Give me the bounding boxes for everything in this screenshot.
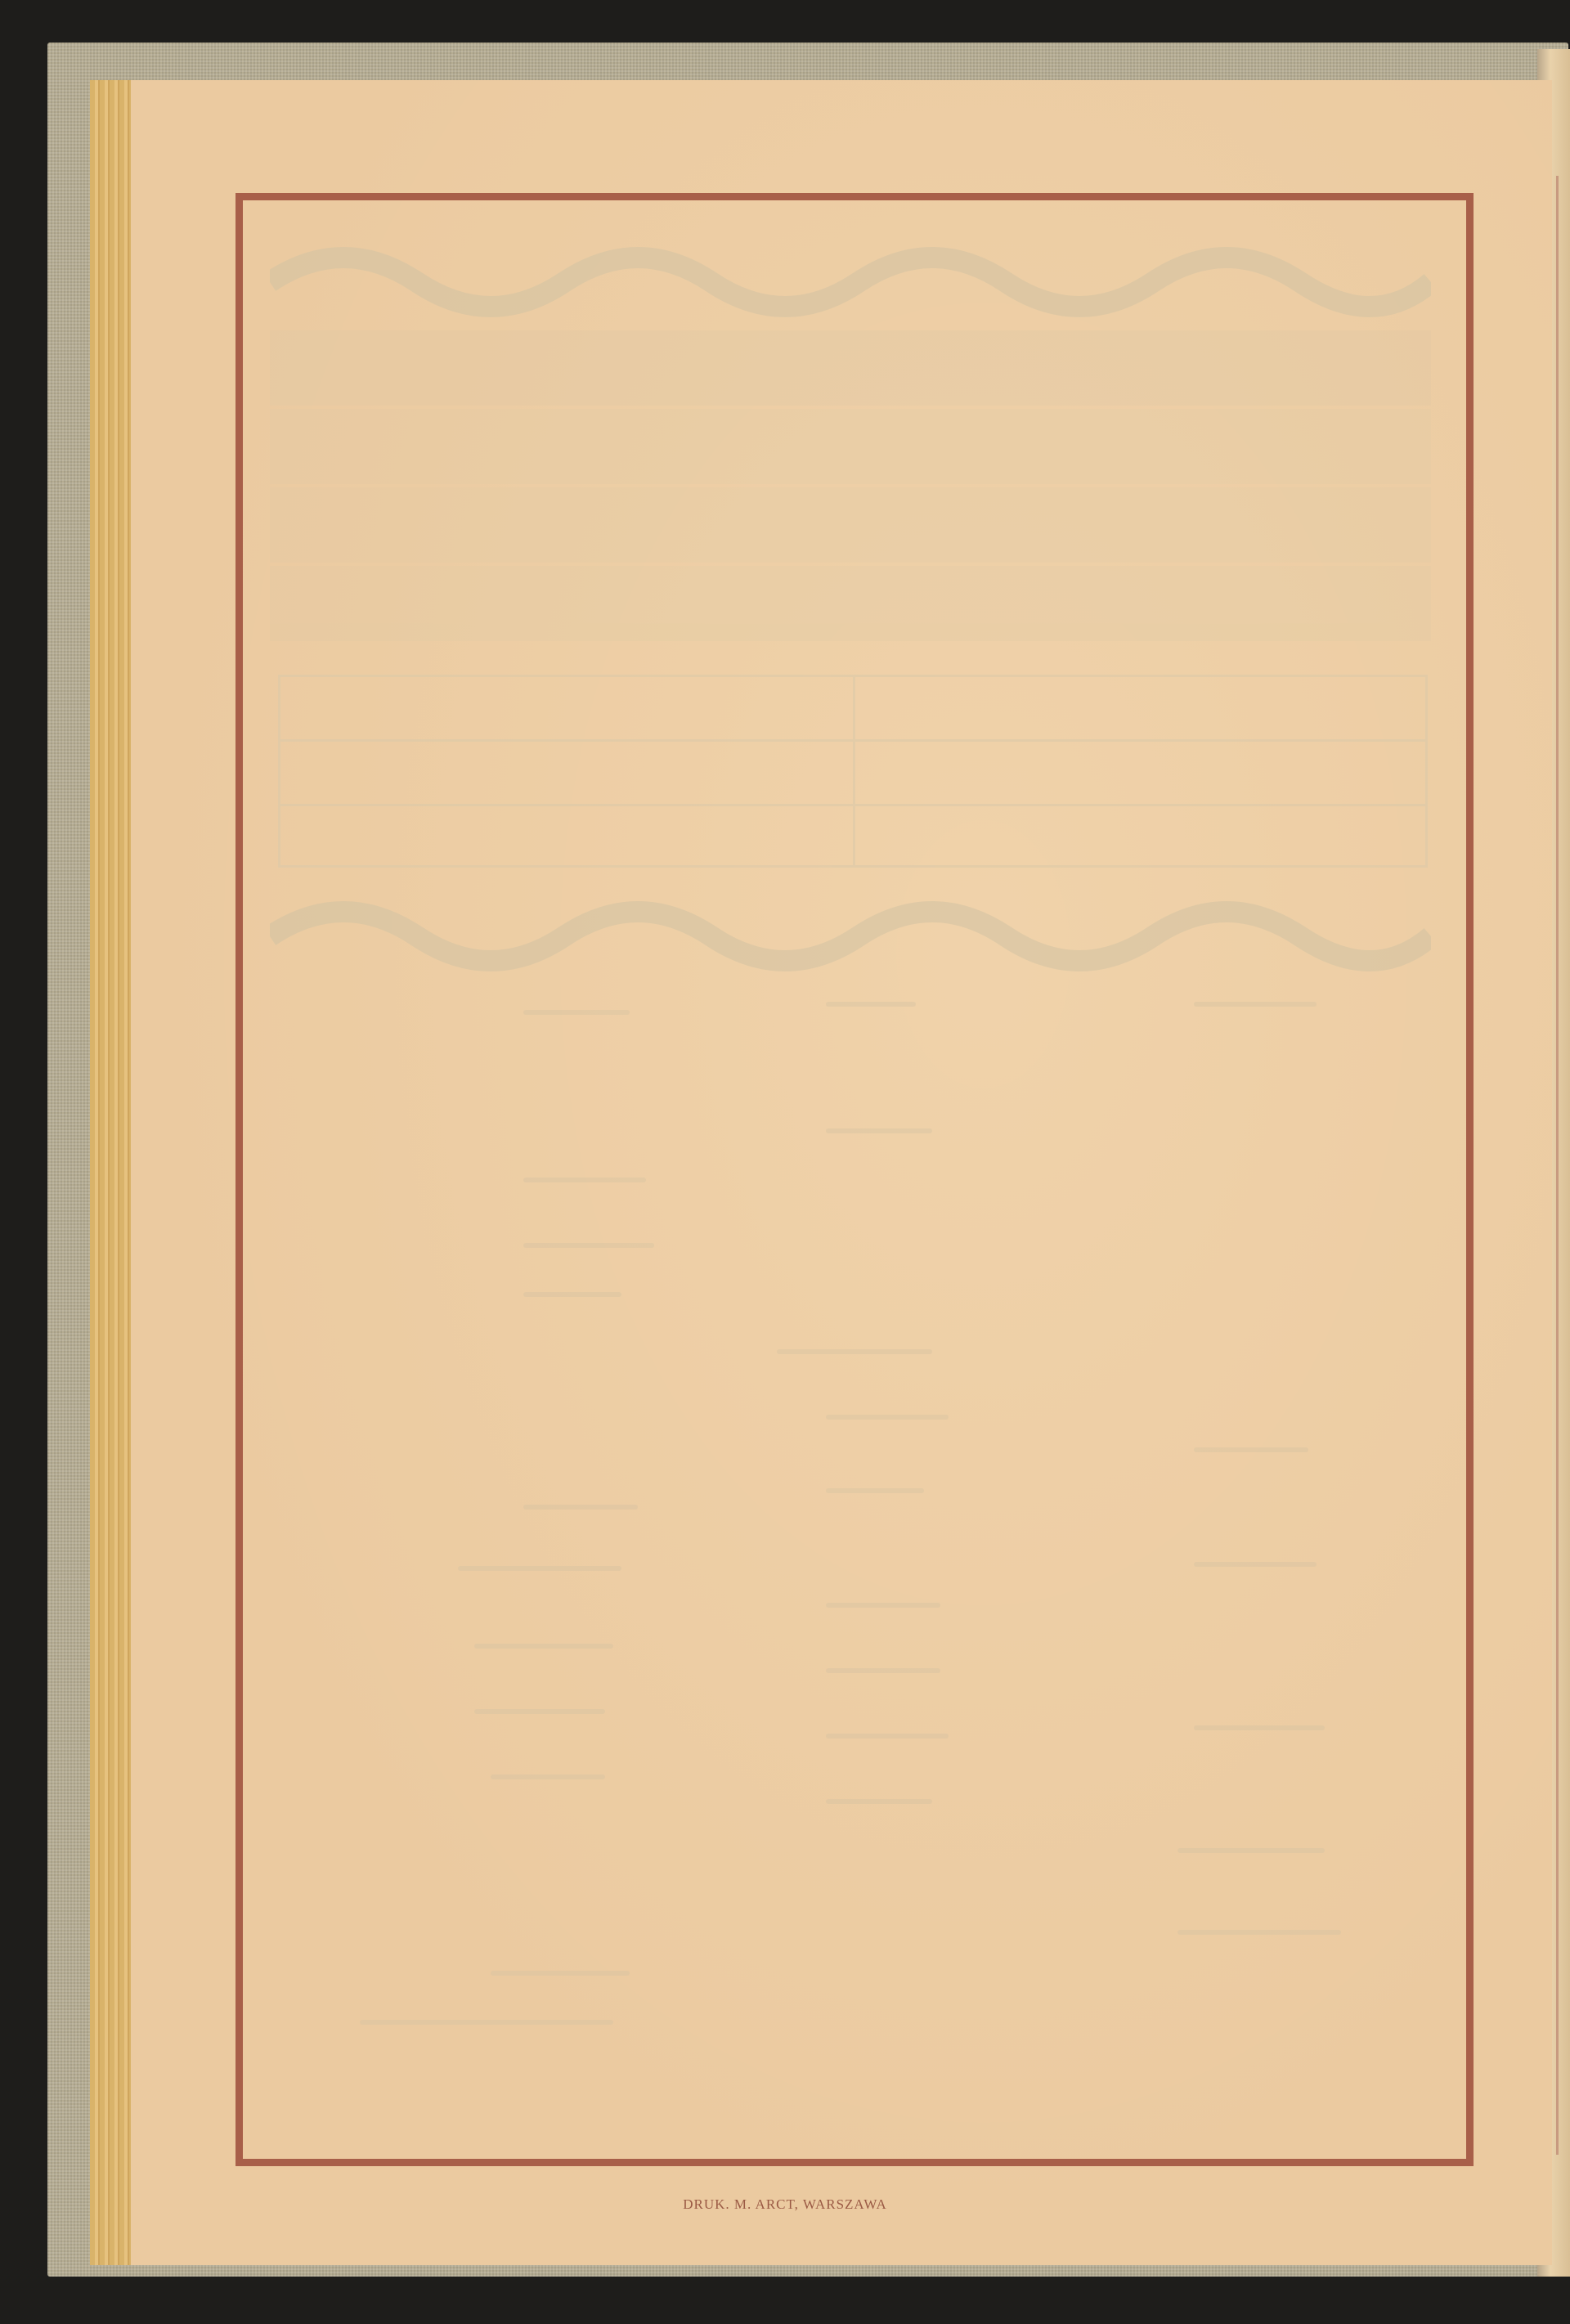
printer-imprint: DRUK. M. ARCT, WARSZAWA [0, 2196, 1570, 2213]
facing-page-frame [1556, 176, 1567, 2155]
red-page-frame [235, 193, 1474, 2166]
